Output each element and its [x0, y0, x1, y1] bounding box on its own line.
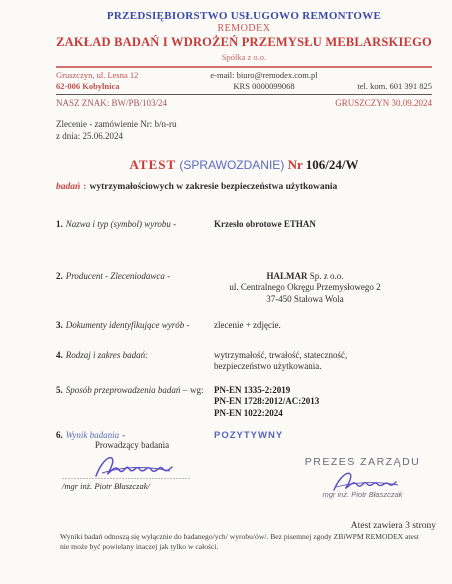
test-result-value: POZYTYWNY [214, 430, 432, 442]
item1-value: Krzesło obrotowe ETHAN [214, 219, 432, 231]
item-test-scope: 4.Rodzaj i zakres badań: wytrzymałość, t… [56, 350, 432, 373]
item-manufacturer: 2.Producent - Zleceniodawca - HALMAR Sp.… [56, 271, 432, 306]
our-reference: NASZ ZNAK: BW/PB/103/24 [56, 98, 167, 109]
address-city: 62-006 Kobylnica [56, 81, 184, 92]
item2-number: 2. [56, 271, 63, 281]
item2-value: HALMAR Sp. z o.o. ul. Centralnego Okręgu… [214, 271, 432, 306]
examiner-name: /mgr inż. Piotr Błaszczak/ [62, 481, 202, 491]
dark-divider [56, 94, 432, 95]
title-number: 106/24/W [306, 157, 359, 172]
item5-wg: wg: [190, 385, 214, 420]
subtitle-badan: badań [56, 182, 80, 192]
title-atest: ATEST [130, 157, 177, 172]
item6-number: 6. [56, 430, 63, 440]
item-test-method: 5.Sposób przeprowadzenia badań – wg: PN-… [56, 385, 432, 420]
item5-number: 5. [56, 385, 63, 395]
company-name: PRZEDSIĘBIORSTWO USŁUGOWO REMONTOWE [56, 10, 432, 23]
document-page: PRZEDSIĘBIORSTWO USŁUGOWO REMONTOWE REMO… [0, 0, 452, 584]
signature-block-president: PREZES ZARZĄDU mgr inż. Piotr Błaszczak [285, 456, 440, 499]
page-count-note: Atest zawiera 3 strony [56, 521, 436, 531]
title-nr: Nr [288, 157, 303, 172]
item-product-name: 1.Nazwa i typ (symbol) wyrobu - Krzesło … [56, 219, 432, 231]
signature-block-examiner: Prowadzący badania .....................… [62, 440, 202, 491]
item3-value: zlecenie + zdjęcie. [214, 320, 432, 332]
company-registry: e-mail: biuro@remodex.com.pl KRS 0000099… [184, 70, 344, 92]
item6-label: Wynik badania [66, 430, 119, 440]
manufacturer-city: 37-450 Stalowa Wola [214, 294, 396, 306]
manufacturer-street: ul. Centralnego Okręgu Przemysłowego 2 [214, 282, 396, 294]
reference-row: NASZ ZNAK: BW/PB/103/24 GRUSZCZYN 30.09.… [56, 98, 432, 109]
company-address: Gruszczyn, ul. Lesna 12 62-006 Kobylnica [56, 70, 184, 92]
letterhead: PRZEDSIĘBIORSTWO USŁUGOWO REMONTOWE REMO… [56, 0, 432, 63]
norm-2: PN-EN 1728:2012/AC:2013 [214, 396, 319, 408]
document-title: ATEST (SPRAWOZDANIE) Nr 106/24/W [56, 157, 432, 173]
disclaimer-line1: Wyniki badań odnoszą się wyłącznie do ba… [60, 532, 419, 541]
place-and-date: GRUSZCZYN 30.09.2024 [335, 98, 432, 109]
item5-label: Sposób przeprowadzenia badań – [66, 385, 187, 395]
document-footer: Atest zawiera 3 strony Wyniki badań odno… [56, 521, 436, 551]
division-name: ZAKŁAD BADAŃ I WDROŻEŃ PRZEMYSŁU MEBLARS… [56, 35, 432, 50]
address-street: Gruszczyn, ul. Lesna 12 [56, 70, 184, 81]
item4-label: Rodzaj i zakres badań: [66, 350, 148, 360]
item3-number: 3. [56, 320, 63, 330]
scope-line1: wytrzymałość, trwałość, stateczność, [214, 350, 432, 362]
contact-strip: Gruszczyn, ul. Lesna 12 62-006 Kobylnica… [56, 70, 432, 92]
item3-label: Dokumenty identyfikujące wyrób - [66, 320, 190, 330]
red-divider [56, 66, 432, 68]
item1-number: 1. [56, 219, 63, 229]
president-role: PREZES ZARZĄDU [285, 456, 440, 468]
disclaimer: Wyniki badań odnoszą się wyłącznie do ba… [60, 532, 436, 551]
norm-1: PN-EN 1335-2:2019 [214, 385, 319, 397]
manufacturer-legal-form: Sp. z o.o. [308, 271, 344, 281]
subtitle-colon: : [83, 182, 86, 192]
order-number: Zlecenie - zamówienie Nr: b/n-ru [56, 118, 432, 130]
item1-label: Nazwa i typ (symbol) wyrobu - [66, 219, 176, 229]
item-identifying-documents: 3.Dokumenty identyfikujące wyrób - zlece… [56, 320, 432, 332]
item2-label: Producent - Zleceniodawca - [66, 271, 170, 281]
scope-line2: bezpieczeństwo użytkowania. [214, 361, 432, 373]
order-info: Zlecenie - zamówienie Nr: b/n-ru z dnia:… [56, 118, 432, 142]
document-subtitle: badań:wytrzymałościowych w zakresie bezp… [56, 181, 432, 193]
item4-value: wytrzymałość, trwałość, stateczność, bez… [214, 350, 432, 373]
examiner-signature [82, 451, 182, 481]
company-krs: KRS 0000099068 [184, 81, 344, 92]
title-sprawozdanie: (SPRAWOZDANIE) [179, 158, 284, 172]
examiner-role: Prowadzący badania [62, 440, 202, 450]
disclaimer-line2: nie może być powielany inaczej jak tylko… [60, 542, 218, 551]
item4-number: 4. [56, 350, 63, 360]
company-legal-form: Spółka z o.o. [56, 52, 432, 63]
subtitle-text: wytrzymałościowych w zakresie bezpieczeń… [89, 182, 337, 192]
order-date: z dnia: 25.06.2024 [56, 130, 432, 142]
company-email: e-mail: biuro@remodex.com.pl [184, 70, 344, 81]
president-name: mgr inż. Piotr Błaszczak [285, 490, 440, 499]
item5-norms: PN-EN 1335-2:2019 PN-EN 1728:2012/AC:201… [214, 385, 319, 420]
company-phone: tel. kom. 601 391 825 [344, 70, 432, 92]
norm-3: PN-EN 1022:2024 [214, 408, 319, 420]
item6-dash: - [122, 430, 125, 440]
manufacturer-name: HALMAR [267, 271, 308, 281]
company-brand: REMODEX [56, 23, 432, 35]
